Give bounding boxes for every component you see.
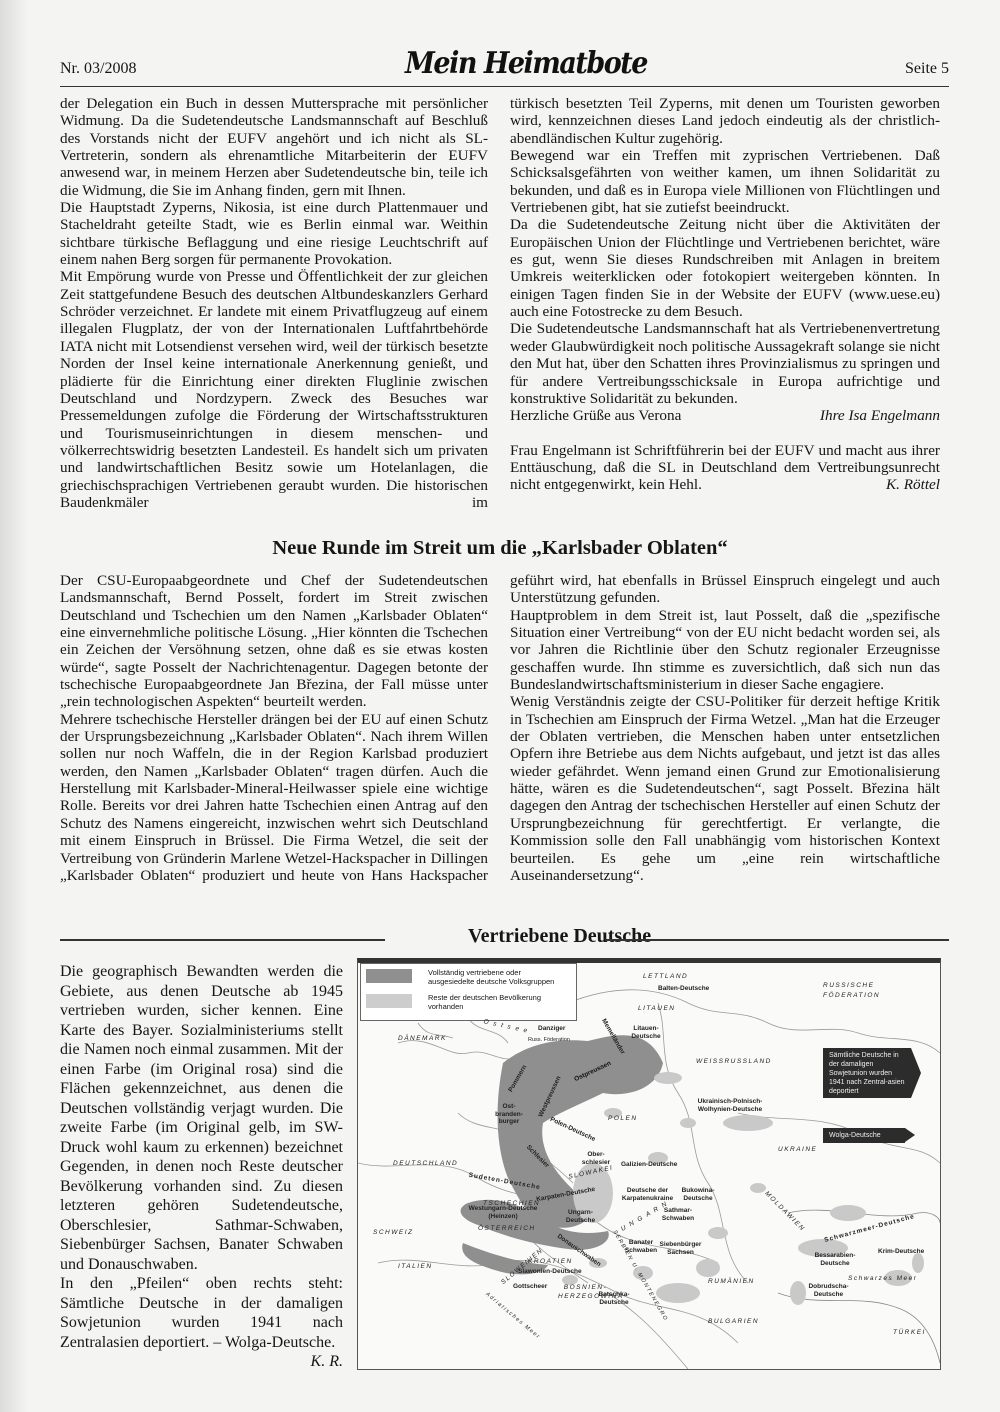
paragraph: In den „Pfeilen“ oben rechts steht: Sämt… (60, 1275, 343, 1351)
paragraph: Der CSU-Europaabgeordnete und Chef der S… (60, 572, 488, 711)
map-label-weissrussland: WEISSRUSSLAND (696, 1058, 772, 1065)
paragraph: Hauptproblem in dem Streit ist, laut Pos… (510, 607, 940, 694)
paragraph: Die Sudetendeutsche Landsmannschaft hat … (510, 320, 940, 407)
map-label-tuerkei: TÜRKEI (893, 1329, 926, 1336)
map-arrow-soviet-deportation: Sämtliche Deutsche in der damaligen Sowj… (823, 1048, 911, 1098)
divider (60, 939, 385, 941)
map-label-bulgarien: BULGARIEN (708, 1318, 759, 1325)
map-group-slawonien: Slawonien-Deutsche (518, 1268, 582, 1276)
map-label-schweiz: SCHWEIZ (373, 1229, 413, 1236)
map-group-bukowina: Bukowina-Deutsche (678, 1187, 718, 1202)
map-legend: Vollständig vertriebene oder ausgesiedel… (360, 963, 577, 1021)
page-header: Nr. 03/2008 Mein Heimatbote Seite 5 (60, 56, 949, 87)
paragraph: türkisch besetzten Teil Zyperns, mit den… (510, 95, 940, 147)
paragraph: Da die Sudetendeutsche Zeitung nicht übe… (510, 216, 940, 320)
divider (605, 939, 949, 941)
paragraph: Mit Empörung wurde von Presse und Öffent… (60, 268, 488, 511)
paragraph: der Delegation ein Buch in dessen Mutter… (60, 95, 488, 199)
map-label-russland: RUSSISCHE FÖDERATION (823, 981, 893, 1001)
note-signature: K. Röttel (886, 476, 940, 493)
article3-signature: K. R. (311, 1352, 343, 1372)
article3-text-column: Die geographisch Bewandten werden die Ge… (60, 962, 343, 1372)
map-group-litauendeutsche: Litauen-Deutsche (626, 1025, 666, 1040)
map-arrow-wolga-deutsche: Wolga-Deutsche (823, 1128, 905, 1143)
map-group-dobrudscha: Dobrudscha-Deutsche (806, 1283, 851, 1298)
expulsion-map: Vollständig vertriebene oder ausgesiedel… (357, 958, 941, 1370)
map-group-banater: Banater Schwaben (623, 1239, 659, 1254)
legend-swatch-remnants (366, 994, 412, 1008)
map-group-batschka: Batschka-Deutsche (598, 1291, 630, 1306)
map-label-polen: POLEN (608, 1115, 638, 1122)
map-group-danziger: Danziger (538, 1025, 565, 1033)
page-number: Seite 5 (905, 60, 949, 78)
map-group-siebenbuerger: Siebenbürger Sachsen (658, 1241, 703, 1256)
map-group-wolhynien: Ukrainisch-Polnisch-Wolhynien-Deutsche (695, 1098, 765, 1113)
closing-greeting: Herzliche Grüße aus Verona (510, 407, 681, 424)
article2-right-column: geführt wird, hat ebenfalls in Brüssel E… (510, 572, 940, 884)
legend-swatch-expelled (366, 969, 412, 983)
map-label-litauen: LITAUEN (638, 1005, 675, 1012)
map-label-russ-foederation: Russ. Föderation (528, 1037, 570, 1043)
map-group-ostbrandenburger: Ost-branden-burger (493, 1103, 525, 1126)
map-group-westungarn: Westungarn-Deutsche (Heinzen) (468, 1205, 538, 1220)
map-group-sathmar: Sathmar-Schwaben (658, 1207, 698, 1222)
article2-left-column: Der CSU-Europaabgeordnete und Chef der S… (60, 572, 488, 884)
map-label-rumaenien: RUMÄNIEN (708, 1278, 755, 1285)
map-group-bessarabien: Bessarabien-Deutsche (814, 1252, 856, 1267)
closing-signature: Ihre Isa Engelmann (820, 407, 940, 424)
map-label-oesterreich: ÖSTERREICH (478, 1225, 536, 1232)
map-label-ukraine: UKRAINE (778, 1146, 817, 1153)
paragraph: Mehrere tschechische Hersteller drängen … (60, 711, 488, 884)
legend-label-remnants: Reste der deutschen Bevölkerung vorhande… (428, 993, 548, 1011)
article1-right-column: türkisch besetzten Teil Zyperns, mit den… (510, 95, 940, 494)
map-label-schwarzes-meer: Schwarzes Meer (848, 1275, 917, 1282)
issue-number: Nr. 03/2008 (60, 60, 136, 78)
scan-edge-shadow (0, 0, 28, 1412)
paragraph: Die geographisch Bewandten werden die Ge… (60, 962, 343, 1274)
article2-headline: Neue Runde im Streit um die „Karlsbader … (0, 537, 1000, 560)
map-group-ungarndeutsche: Ungarn-Deutsche (563, 1209, 598, 1224)
paragraph: geführt wird, hat ebenfalls in Brüssel E… (510, 572, 940, 607)
map-group-gottscheer: Gottscheer (513, 1283, 547, 1291)
map-group-baltendeutsche: Balten-Deutsche (658, 985, 709, 993)
map-group-galizien: Galizien-Deutsche (621, 1161, 677, 1169)
map-group-oberschlesier: Ober-schlesier (580, 1151, 612, 1166)
editor-note: Frau Engelmann ist Schriftführerin bei d… (510, 442, 940, 494)
map-label-lettland: LETTLAND (643, 973, 688, 980)
map-group-karpatenukraine: Deutsche der Karpatenukraine (620, 1187, 675, 1202)
paragraph: Bewegend war ein Treffen mit zyprischen … (510, 147, 940, 216)
paragraph: Die Hauptstadt Zyperns, Nikosia, ist ein… (60, 199, 488, 268)
map-label-deutschland: DEUTSCHLAND (393, 1160, 458, 1167)
paragraph: Wenig Verständnis zeigte der CSU-Politik… (510, 693, 940, 884)
map-label-daenemark: DÄNEMARK (398, 1035, 447, 1042)
map-label-italien: ITALIEN (398, 1263, 433, 1270)
masthead-logo: Mein Heimatbote (405, 46, 647, 80)
article1-left-column: der Delegation ein Buch in dessen Mutter… (60, 95, 488, 511)
article3-heading-rule: Vertriebene Deutsche (60, 928, 949, 952)
closing-line: Herzliche Grüße aus Verona Ihre Isa Enge… (510, 407, 940, 424)
map-group-krim: Krim-Deutsche (878, 1248, 924, 1256)
legend-label-expelled: Vollständig vertriebene oder ausgesiedel… (428, 968, 568, 986)
article3-headline: Vertriebene Deutsche (468, 925, 651, 948)
